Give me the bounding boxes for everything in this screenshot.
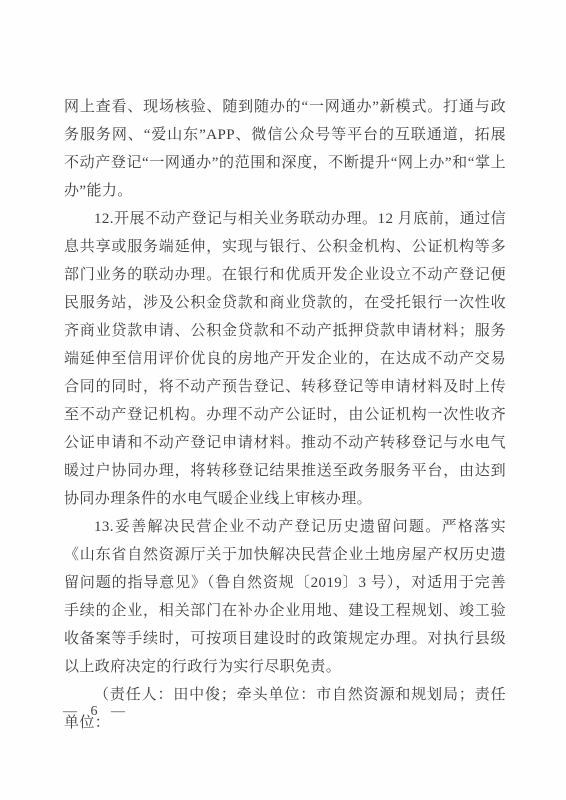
- page-number: — 6 —: [63, 702, 128, 722]
- document-body: 网上查看、现场核验、随到随办的“一网通办”新模式。打通与政务服务网、“爱山东”A…: [64, 93, 506, 737]
- paragraph-continuation: 网上查看、现场核验、随到随办的“一网通办”新模式。打通与政务服务网、“爱山东”A…: [64, 93, 506, 205]
- paragraph-responsibility: （责任人：田中俊；牵头单位：市自然资源和规划局；责任单位：: [64, 681, 506, 737]
- document-page: 网上查看、现场核验、随到随办的“一网通办”新模式。打通与政务服务网、“爱山东”A…: [0, 0, 566, 800]
- paragraph-item-12: 12.开展不动产登记与相关业务联动办理。12 月底前，通过信息共享或服务端延伸，…: [64, 205, 506, 513]
- paragraph-item-13: 13.妥善解决民营企业不动产登记历史遗留问题。严格落实《山东省自然资源厅关于加快…: [64, 513, 506, 681]
